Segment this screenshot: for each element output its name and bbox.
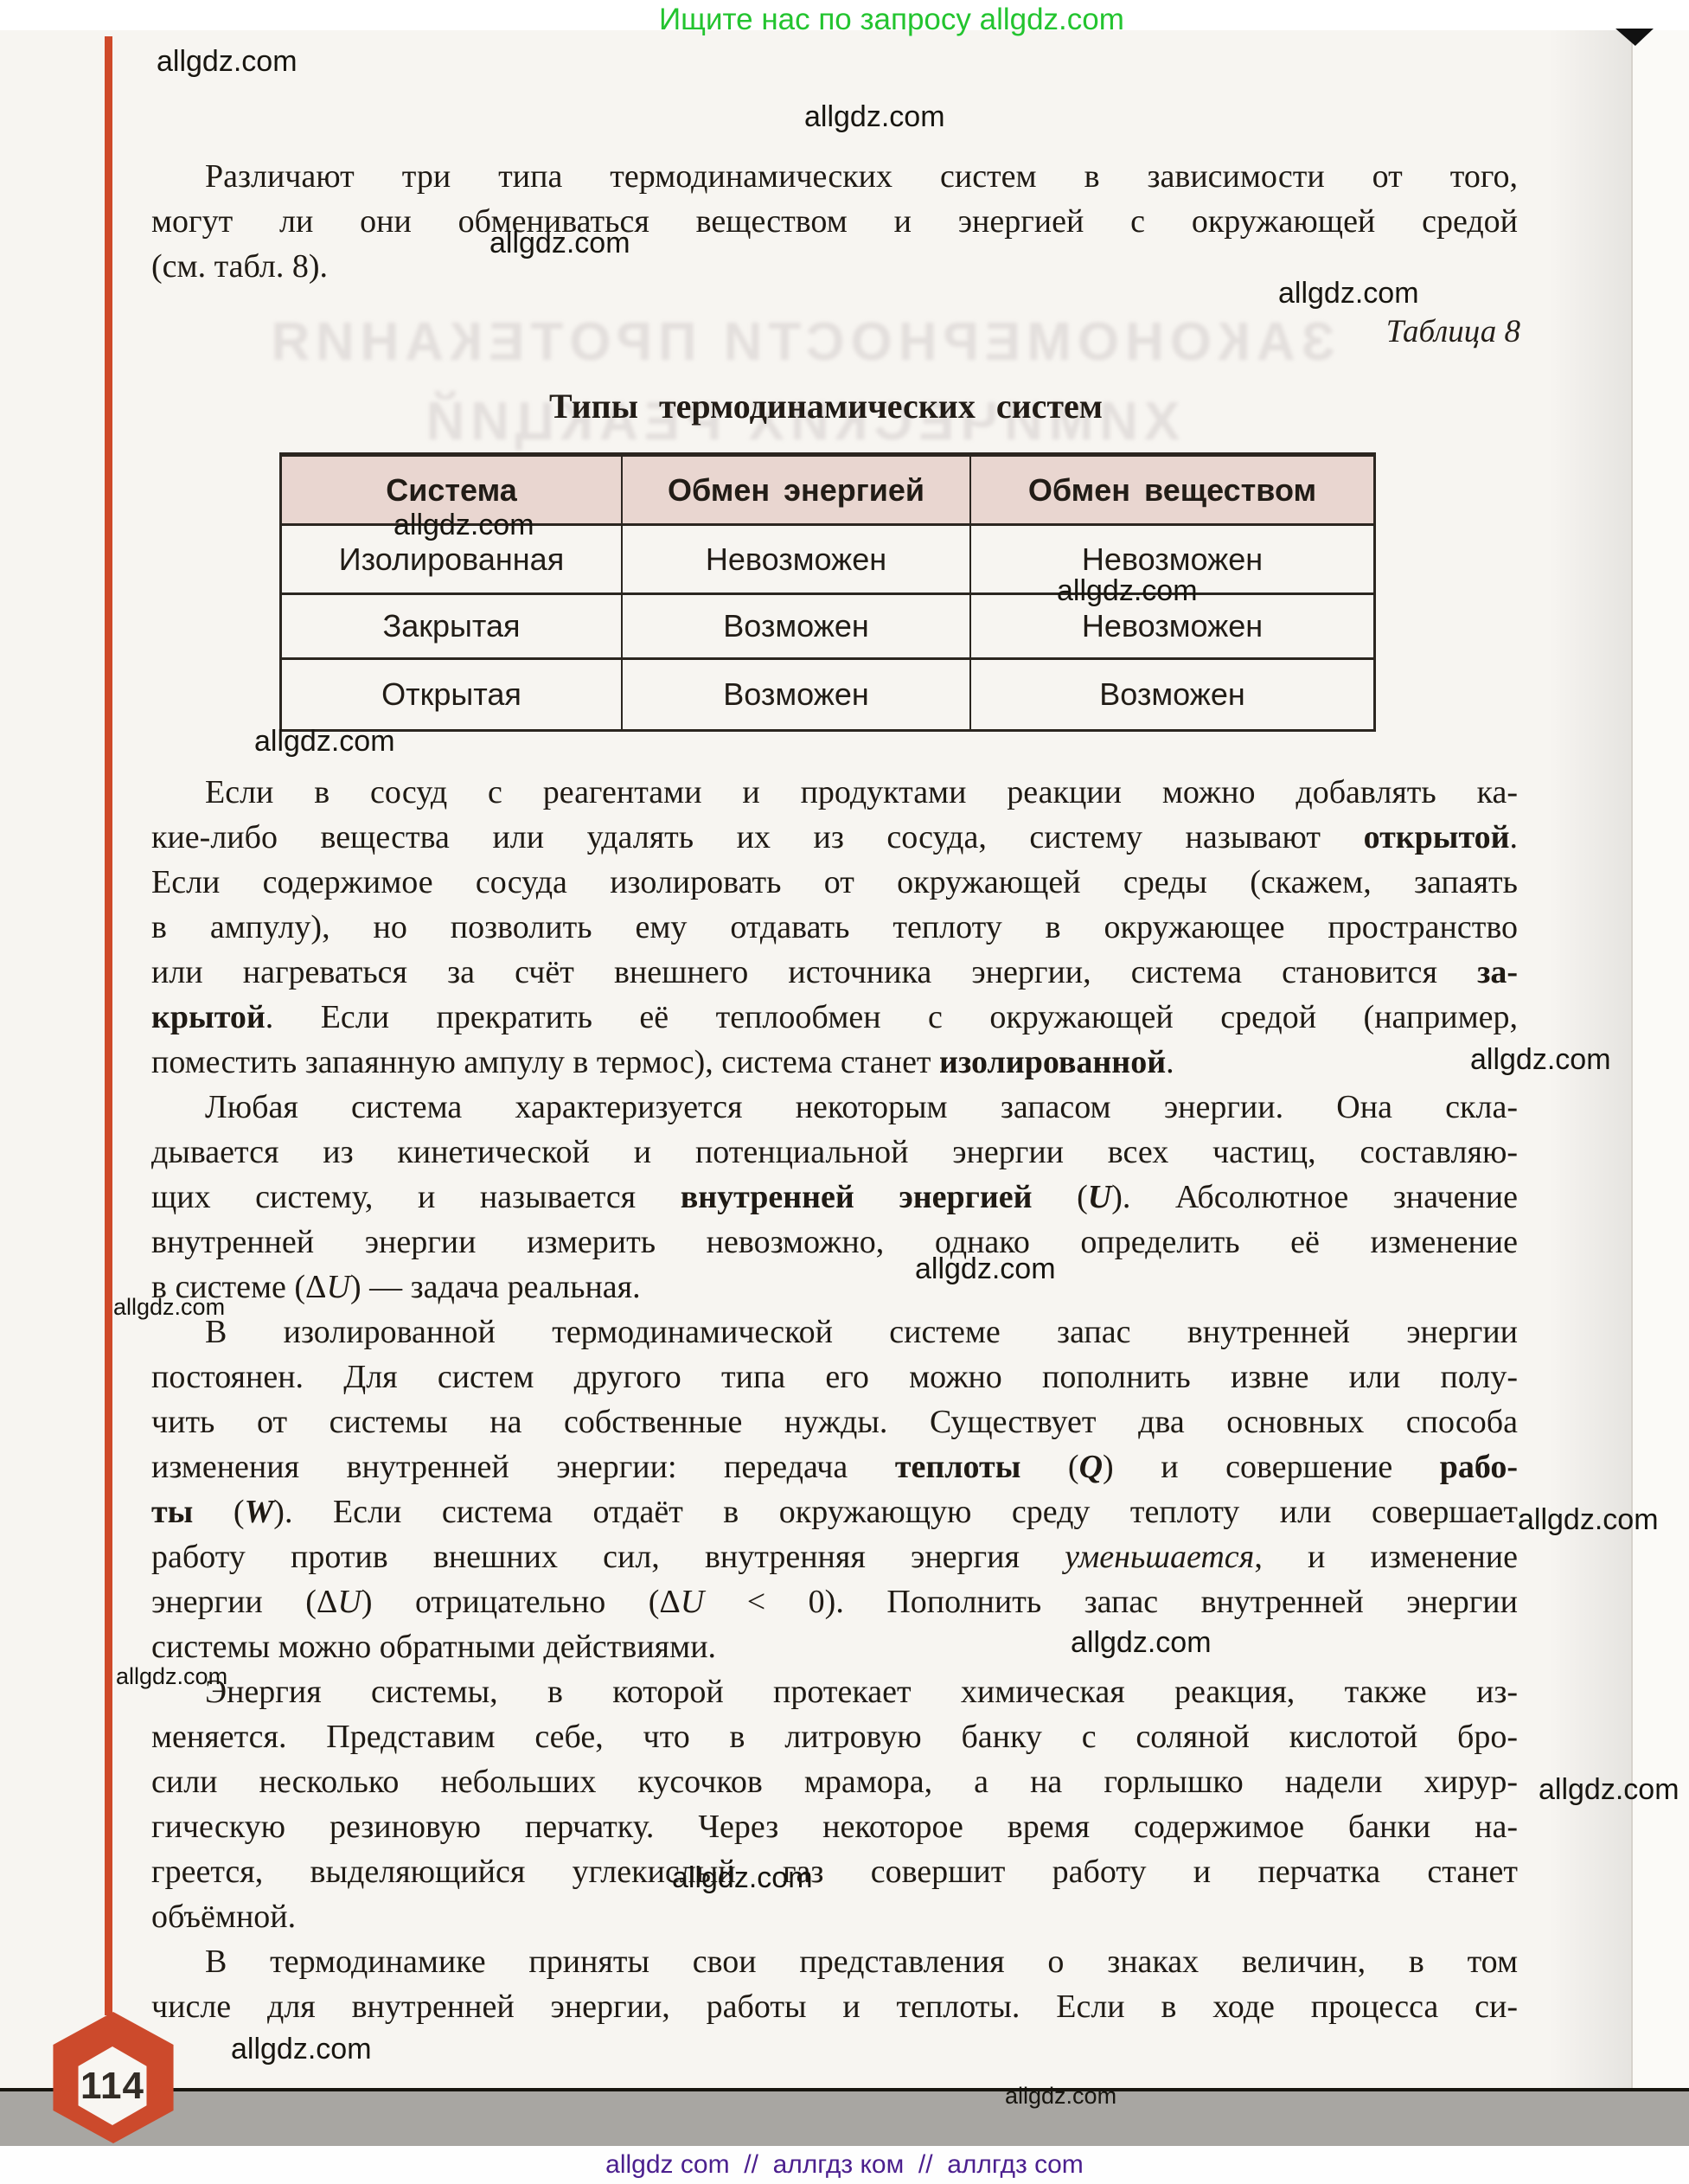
text-run: сили несколько небольших кусочков мрамор…	[151, 1764, 1518, 1800]
text-run: ). Если система отдаёт в окружающую сред…	[273, 1494, 1518, 1530]
text-run: объёмной.	[151, 1899, 296, 1935]
text-line: крытой. Если прекратить её теплообмен с …	[151, 995, 1518, 1040]
text-run: поместить запаянную ампулу в термос), си…	[151, 1044, 939, 1080]
scanned-textbook-page: ЗАКОНОМЕРНОСТИ ПРОТЕКАНИЯ ХИМИЧЕСКИХ РЕА…	[0, 0, 1689, 2184]
text-run: U	[1088, 1179, 1111, 1215]
text-line: дывается из кинетической и потенциальной…	[151, 1130, 1518, 1175]
text-line: щих систему, и называется внутренней эне…	[151, 1175, 1518, 1220]
text-run: (	[193, 1494, 244, 1530]
text-run: ) — задача реальная.	[350, 1269, 641, 1305]
text-run: рабо-	[1440, 1449, 1518, 1485]
text-run: Различают три типа термодинамических сис…	[205, 158, 1518, 195]
paragraph: В изолированной термодинамической систем…	[151, 1310, 1518, 1669]
text-run: ) и совершение	[1103, 1449, 1440, 1485]
text-line: греется, выделяющийся углекислый газ сов…	[151, 1849, 1518, 1894]
watermark: allgdz.com	[393, 509, 534, 542]
watermark: allgdz.com	[1071, 1626, 1212, 1660]
watermark: allgdz.com	[804, 100, 945, 134]
text-line: могут ли они обмениваться веществом и эн…	[151, 199, 1518, 244]
bleed-through-line: ЗАКОНОМЕРНОСТИ ПРОТЕКАНИЯ	[216, 311, 1384, 373]
watermark: allgdz.com	[1005, 2083, 1116, 2110]
text-line: объёмной.	[151, 1894, 1518, 1939]
paragraph: Если в сосуд с реагентами и продуктами р…	[151, 770, 1518, 1085]
text-run: внутренней энергией	[681, 1179, 1033, 1215]
text-line: кие-либо вещества или удалять их из сосу…	[151, 815, 1518, 860]
watermark: allgdz.com	[672, 1861, 813, 1895]
table-cell: Невозможен	[623, 526, 971, 595]
text-run: Если содержимое сосуда изолировать от ок…	[151, 864, 1518, 900]
text-run: В изолированной термодинамической систем…	[205, 1314, 1518, 1350]
paragraph: Энергия системы, в которой протекает хим…	[151, 1669, 1518, 1939]
text-run: системы можно обратными действиями.	[151, 1629, 716, 1665]
text-run: или нагреваться за счёт внешнего источни…	[151, 954, 1477, 990]
promo-banner-bottom: allgdz com // аллгдз ком // аллгдз com	[0, 2150, 1689, 2180]
text-line: Различают три типа термодинамических сис…	[151, 154, 1518, 199]
watermark: allgdz.com	[1539, 1773, 1679, 1807]
text-run: В термодинамике приняты свои представлен…	[205, 1944, 1518, 1980]
text-line: Любая система характеризуется некоторым …	[151, 1085, 1518, 1130]
text-run: ты	[151, 1494, 193, 1530]
watermark: allgdz.com	[1470, 1043, 1611, 1077]
text-run: , и изменение	[1254, 1539, 1518, 1575]
text-run: Любая система характеризуется некоторым …	[205, 1089, 1518, 1125]
text-line: Энергия системы, в которой протекает хим…	[151, 1669, 1518, 1714]
text-line: поместить запаянную ампулу в термос), си…	[151, 1040, 1518, 1085]
text-run: щих систему, и называется	[151, 1179, 681, 1215]
text-run: крытой	[151, 999, 266, 1035]
watermark: allgdz.com	[1518, 1503, 1659, 1537]
text-line: сили несколько небольших кусочков мрамор…	[151, 1759, 1518, 1804]
text-line: числе для внутренней энергии, работы и т…	[151, 1984, 1518, 2029]
text-run: постоянен. Для систем другого типа его м…	[151, 1359, 1518, 1395]
text-line: Если в сосуд с реагентами и продуктами р…	[151, 770, 1518, 815]
text-run: кие-либо вещества или удалять их из сосу…	[151, 819, 1364, 855]
text-line: меняется. Представим себе, что в литрову…	[151, 1714, 1518, 1759]
text-run: (	[1020, 1449, 1078, 1485]
scan-bottom-band	[0, 2088, 1689, 2146]
text-run: энергии (Δ	[151, 1584, 337, 1620]
text-line: постоянен. Для систем другого типа его м…	[151, 1355, 1518, 1399]
text-line: чить от системы на собственные нужды. Су…	[151, 1399, 1518, 1444]
table-header-cell: Обмен энергией	[623, 457, 971, 526]
text-run: изменения внутренней энергии: передача	[151, 1449, 895, 1485]
text-run: .	[1510, 819, 1519, 855]
watermark: allgdz.com	[116, 1663, 227, 1690]
text-run: Энергия системы, в которой протекает хим…	[205, 1674, 1518, 1710]
text-run: уменьшается	[1065, 1539, 1254, 1575]
text-run: (	[1033, 1179, 1088, 1215]
watermark: allgdz.com	[113, 1294, 225, 1321]
margin-rule	[105, 36, 112, 2015]
text-run: U	[337, 1584, 361, 1620]
text-line: системы можно обратными действиями.	[151, 1624, 1518, 1669]
text-line: В изолированной термодинамической систем…	[151, 1310, 1518, 1355]
text-line: энергии (ΔU) отрицательно (ΔU < 0). Попо…	[151, 1579, 1518, 1624]
text-run: открытой	[1364, 819, 1510, 855]
text-run: ) отрицательно (Δ	[361, 1584, 681, 1620]
table-title: Типы термодинамических систем	[281, 386, 1371, 426]
text-run: работу против внешних сил, внутренняя эн…	[151, 1539, 1065, 1575]
paragraph: Любая система характеризуется некоторым …	[151, 1085, 1518, 1310]
text-run: могут ли они обмениваться веществом и эн…	[151, 203, 1518, 240]
table-cell: Возможен	[623, 595, 971, 660]
text-run: Если в сосуд с реагентами и продуктами р…	[205, 774, 1518, 810]
text-line: Если содержимое сосуда изолировать от ок…	[151, 860, 1518, 905]
text-run: (см. табл. 8).	[151, 248, 328, 285]
text-run: чить от системы на собственные нужды. Су…	[151, 1404, 1518, 1440]
table-cell: Закрытая	[282, 595, 623, 660]
text-run: числе для внутренней энергии, работы и т…	[151, 1989, 1518, 2025]
text-run: U	[681, 1584, 704, 1620]
table-cell: Возможен	[623, 660, 971, 729]
text-run: меняется. Представим себе, что в литрову…	[151, 1719, 1518, 1755]
text-run: изолированной	[939, 1044, 1166, 1080]
text-run: дывается из кинетической и потенциальной…	[151, 1134, 1518, 1170]
watermark: allgdz.com	[157, 45, 297, 79]
table-cell: Открытая	[282, 660, 623, 729]
text-run: W	[245, 1494, 274, 1530]
paragraph: Различают три типа термодинамических сис…	[151, 154, 1518, 289]
table-caption: Таблица 8	[1386, 313, 1520, 350]
text-run: U	[327, 1269, 350, 1305]
text-line: в ампулу), но позволить ему отдавать теп…	[151, 905, 1518, 950]
watermark: allgdz.com	[254, 725, 395, 759]
text-run: внутренней энергии измерить невозможно, …	[151, 1224, 1518, 1260]
promo-banner-top: Ищите нас по запросу allgdz.com	[659, 3, 1124, 37]
table-header-cell: Обмен веществом	[971, 457, 1373, 526]
paragraph: В термодинамике приняты свои представлен…	[151, 1939, 1518, 2029]
watermark: allgdz.com	[1278, 277, 1419, 311]
text-line: работу против внешних сил, внутренняя эн…	[151, 1534, 1518, 1579]
page-number: 114	[76, 2046, 149, 2125]
text-run: теплоты	[895, 1449, 1021, 1485]
text-line: в системе (ΔU) — задача реальная.	[151, 1265, 1518, 1310]
text-line: гическую резиновую перчатку. Через некот…	[151, 1804, 1518, 1849]
text-line: или нагреваться за счёт внешнего источни…	[151, 950, 1518, 995]
text-run: < 0). Пополнить запас внутренней энергии	[704, 1584, 1518, 1620]
text-run: за-	[1477, 954, 1518, 990]
text-run: гическую резиновую перчатку. Через некот…	[151, 1809, 1518, 1845]
watermark: allgdz.com	[231, 2033, 372, 2066]
text-run: Q	[1079, 1449, 1103, 1485]
page-number-badge: 114	[49, 2012, 177, 2143]
table-cell: Возможен	[971, 660, 1373, 729]
text-run: в ампулу), но позволить ему отдавать теп…	[151, 909, 1518, 945]
text-line: В термодинамике приняты свои представлен…	[151, 1939, 1518, 1984]
text-line: изменения внутренней энергии: передача т…	[151, 1444, 1518, 1489]
text-line: ты (W). Если система отдаёт в окружающую…	[151, 1489, 1518, 1534]
text-run: .	[1166, 1044, 1174, 1080]
watermark: allgdz.com	[489, 227, 630, 260]
text-run: ). Абсолютное значение	[1111, 1179, 1518, 1215]
text-run: греется, выделяющийся углекислый газ сов…	[151, 1854, 1518, 1890]
text-run: . Если прекратить её теплообмен с окружа…	[266, 999, 1518, 1035]
watermark: allgdz.com	[1057, 574, 1198, 608]
watermark: allgdz.com	[915, 1252, 1056, 1286]
text-line: внутренней энергии измерить невозможно, …	[151, 1220, 1518, 1265]
thermo-systems-table: СистемаОбмен энергиейОбмен веществомИзол…	[279, 452, 1376, 732]
